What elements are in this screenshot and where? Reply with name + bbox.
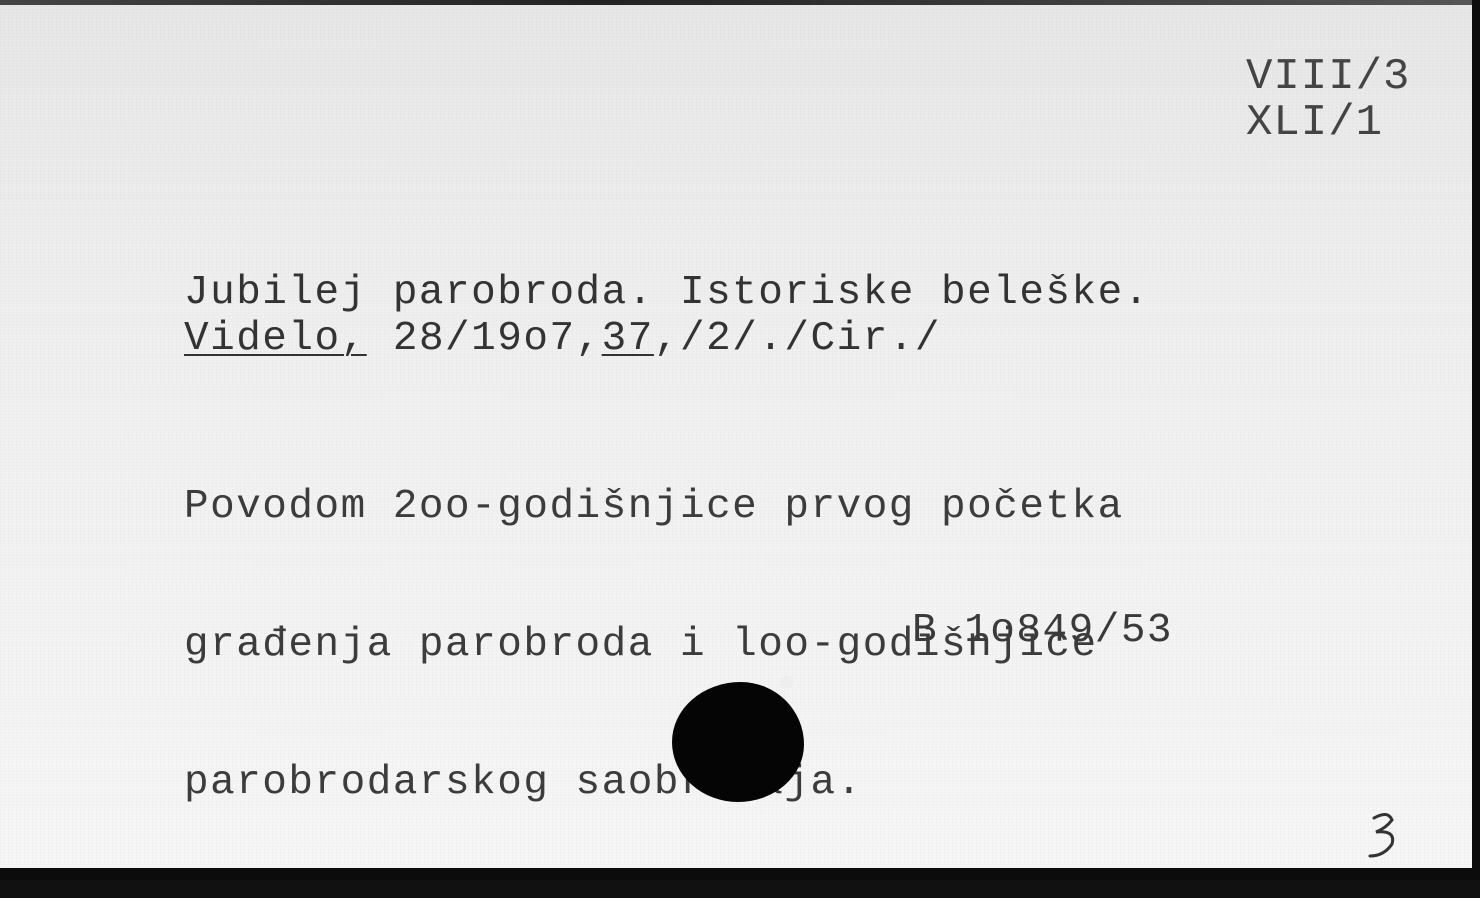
scan-right-edge [1472, 0, 1480, 880]
entry-source: Videlo, 28/19o7,37,/2/./Cir./ [184, 316, 941, 362]
source-issue: 37 [602, 316, 654, 362]
source-details: 28/19o7, [367, 316, 602, 362]
call-number-line-1: VIII/3 [1246, 54, 1410, 100]
catalog-card: VIII/3 XLI/1 Jubilej parobroda. Istorisk… [0, 4, 1472, 868]
source-rest: ,/2/./Cir./ [654, 316, 941, 362]
accession-number: B 1o849/53 [912, 608, 1173, 654]
scan-top-edge [0, 0, 1480, 5]
handwritten-page-mark-icon [1366, 812, 1406, 860]
scan-bottom-edge [0, 868, 1480, 880]
punch-hole [672, 682, 804, 802]
annotation-line-3: parobrodarskog saobraćaja. [184, 760, 1124, 806]
annotation-line-1: Povodom 2oo-godišnjice prvog početka [184, 484, 1124, 530]
entry-title: Jubilej parobroda. Istoriske beleške. [184, 270, 1150, 316]
call-number: VIII/3 XLI/1 [1246, 54, 1410, 146]
call-number-line-2: XLI/1 [1246, 100, 1410, 146]
source-publication: Videlo, [184, 316, 367, 362]
